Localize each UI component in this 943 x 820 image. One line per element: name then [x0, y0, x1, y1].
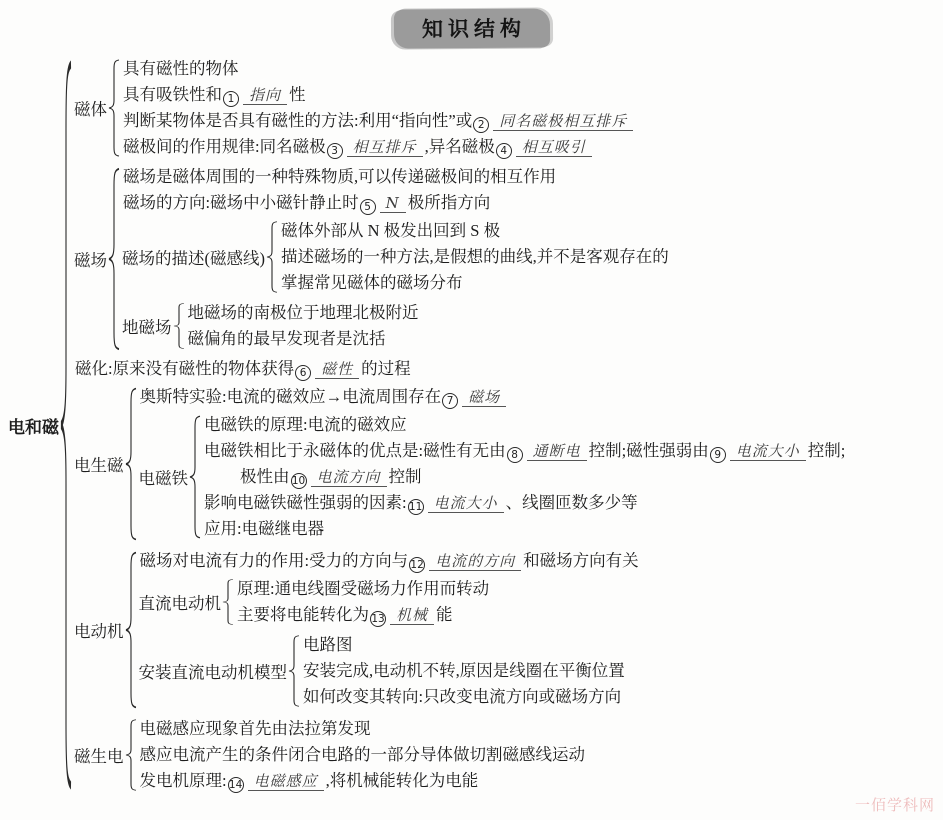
node-root: 电和磁 磁体 具有磁性的物体 具有吸铁性和1指向性 判断某物体是否具有磁性的方法…: [6, 54, 845, 796]
line-text: 的过程: [361, 359, 411, 378]
tree-line: 描述磁场的一种方法,是假想的曲线,并不是客观存在的: [278, 244, 669, 270]
line-text: 如何改变其转向:只改变电流方向或磁场方向: [303, 687, 621, 706]
line-text: 具有磁性的物体: [123, 59, 239, 78]
line-text: 磁体外部从 N 极发出回到 S 极: [281, 221, 500, 240]
electromagnet-brace-icon: [189, 415, 201, 539]
line-text: 奥斯特实验:电流的磁效应→电流周围存在: [140, 387, 442, 406]
circled-number: 1: [223, 91, 239, 107]
circled-number: 12: [409, 557, 425, 573]
line-text: 磁场的方向:磁场中小磁针静止时: [123, 193, 359, 212]
tree-line: 主要将电能转化为13机械能: [234, 602, 489, 628]
tree-line: 应用:电磁继电器: [201, 516, 845, 542]
assemble-dc-motor-model-label: 安装直流电动机模型: [137, 632, 289, 710]
line-text: 控制;: [808, 441, 846, 460]
geomagnetic-field-brace-icon: [173, 303, 185, 349]
line-text: 安装完成,电动机不转,原因是线圈在平衡位置: [303, 661, 625, 680]
circled-number: 2: [473, 117, 489, 133]
node-dc-motor: 直流电动机 原理:通电线圈受磁场力作用而转动 主要将电能转化为13机械能: [137, 576, 639, 628]
tree-line: 磁偏角的最早发现者是沈括: [185, 326, 419, 352]
line-text: 地磁场的南极位于地理北极附近: [188, 303, 419, 322]
handwritten-answer: 相互吸引: [516, 138, 592, 157]
tree-line: 电磁铁相比于永磁体的优点是:磁性有无由8通断电控制;磁性强弱由9电流大小控制;: [201, 438, 845, 464]
node-electricity-generates-magnetism: 电生磁 奥斯特实验:电流的磁效应→电流周围存在7磁场 电磁铁 电磁铁的原: [72, 384, 845, 544]
dc-motor-brace-icon: [222, 579, 234, 625]
tree-line: 如何改变其转向:只改变电流方向或磁场方向: [300, 684, 625, 710]
tree-line: 电路图: [300, 632, 625, 658]
line-text: 控制: [389, 467, 422, 486]
line-text: 磁化:原来没有磁性的物体获得: [75, 359, 294, 378]
tree-line: 发电机原理:14电磁感应,将机械能转化为电能: [137, 768, 586, 794]
circled-number: 13: [370, 611, 386, 627]
dc-motor-label: 直流电动机: [137, 576, 223, 628]
magnet-brace-icon: [108, 59, 120, 157]
line-text: 电路图: [303, 635, 353, 654]
root-label: 电和磁: [6, 54, 60, 796]
circled-number: 5: [360, 199, 376, 215]
line-text: 发电机原理:: [140, 771, 227, 790]
tree-line: 磁极间的作用规律:同名磁极3相互排斥,异名磁极4相互吸引: [120, 134, 635, 160]
circled-number: 14: [228, 777, 244, 793]
node-electromagnet: 电磁铁 电磁铁的原理:电流的磁效应 电磁铁相比于永磁体的优点是:磁性有无由8通断…: [137, 412, 846, 542]
handwritten-answer: 电磁感应: [248, 772, 324, 791]
field-brace-icon: [108, 167, 120, 351]
electromagnet-label: 电磁铁: [137, 412, 190, 542]
line-text: 电磁铁相比于永磁体的优点是:磁性有无由: [204, 441, 506, 460]
tree-line: 地磁场的南极位于地理北极附近: [185, 300, 419, 326]
node-geomagnetic-field: 地磁场 地磁场的南极位于地理北极附近 磁偏角的最早发现者是沈括: [120, 300, 669, 352]
electricity-generates-magnetism-brace-icon: [125, 387, 137, 541]
line-text: 应用:电磁继电器: [204, 519, 324, 538]
magnetism-generates-electricity-brace-icon: [125, 719, 137, 791]
node-magnet: 磁体 具有磁性的物体 具有吸铁性和1指向性 判断某物体是否具有磁性的方法:利用“…: [72, 56, 845, 160]
line-text: 磁场对电流有力的作用:受力的方向与: [140, 551, 409, 570]
line-text: 原理:通电线圈受磁场力作用而转动: [237, 579, 489, 598]
line-text: 影响电磁铁磁性强弱的因素:: [204, 493, 407, 512]
knowledge-tree: 电和磁 磁体 具有磁性的物体 具有吸铁性和1指向性 判断某物体是否具有磁性的方法…: [6, 52, 845, 798]
tree-line: 电磁感应现象首先由法拉第发现: [137, 716, 586, 742]
line-text: 具有吸铁性和: [123, 85, 222, 104]
handwritten-answer: 相互排斥: [347, 138, 423, 157]
line-text: 性: [289, 85, 306, 104]
line-text: 极所指方向: [408, 193, 491, 212]
line-text: 感应电流产生的条件闭合电路的一部分导体做切割磁感线运动: [140, 745, 586, 764]
circled-number: 6: [295, 365, 311, 381]
assemble-dc-motor-model-brace-icon: [288, 635, 300, 707]
circled-number: 7: [442, 393, 458, 409]
circled-number: 11: [408, 499, 424, 515]
handwritten-answer: 通断电: [527, 442, 587, 461]
tree-line: 原理:通电线圈受磁场力作用而转动: [234, 576, 489, 602]
line-text: 能: [436, 605, 453, 624]
handwritten-answer: 磁场: [462, 388, 506, 407]
magnetism-generates-electricity-label: 磁生电: [72, 716, 125, 794]
line-text: 主要将电能转化为: [237, 605, 369, 624]
line-text: ,将机械能转化为电能: [326, 771, 479, 790]
tree-line: 判断某物体是否具有磁性的方法:利用“指向性”或2同名磁极相互排斥: [120, 108, 635, 134]
handwritten-answer: 电流的方向: [429, 552, 521, 571]
line-text: 描述磁场的一种方法,是假想的曲线,并不是客观存在的: [281, 247, 669, 266]
handwritten-answer: 电流大小: [428, 494, 504, 513]
tree-line: 磁体外部从 N 极发出回到 S 极: [278, 218, 669, 244]
electricity-generates-magnetism-label: 电生磁: [72, 384, 125, 544]
line-text: 掌握常见磁体的磁场分布: [281, 273, 463, 292]
line-text: 和磁场方向有关: [523, 551, 639, 570]
electric-motor-label: 电动机: [72, 548, 125, 712]
handwritten-answer: N: [380, 194, 406, 213]
tree-line: 磁场对电流有力的作用:受力的方向与12电流的方向和磁场方向有关: [137, 548, 639, 574]
field-description-brace-icon: [266, 221, 278, 293]
tree-line: 感应电流产生的条件闭合电路的一部分导体做切割磁感线运动: [137, 742, 586, 768]
line-text: ,异名磁极: [425, 137, 495, 156]
tree-line: 具有吸铁性和1指向性: [120, 82, 635, 108]
electric-motor-brace-icon: [125, 551, 137, 709]
tree-line: 极性由10电流方向控制: [201, 464, 845, 490]
handwritten-answer: 磁性: [315, 360, 359, 379]
node-magnetism-generates-electricity: 磁生电 电磁感应现象首先由法拉第发现 感应电流产生的条件闭合电路的一部分导体做切…: [72, 716, 845, 794]
magnet-label: 磁体: [72, 56, 108, 160]
tree-line: 安装完成,电动机不转,原因是线圈在平衡位置: [300, 658, 625, 684]
circled-number: 10: [291, 473, 307, 489]
magnetization-line: 磁化:原来没有磁性的物体获得6磁性的过程: [72, 356, 845, 382]
node-field-description: 磁场的描述(磁感线) 磁体外部从 N 极发出回到 S 极 描述磁场的一种方法,是…: [120, 218, 669, 296]
node-assemble-dc-motor-model: 安装直流电动机模型 电路图 安装完成,电动机不转,原因是线圈在平衡位置 如何改变…: [137, 632, 639, 710]
root-brace-icon: [60, 57, 72, 793]
tree-line: 磁场是磁体周围的一种特殊物质,可以传递磁极间的相互作用: [120, 164, 669, 190]
field-label: 磁场: [72, 164, 108, 354]
handwritten-answer: 指向: [243, 86, 287, 105]
line-text: 磁场是磁体周围的一种特殊物质,可以传递磁极间的相互作用: [123, 167, 556, 186]
line-text: 判断某物体是否具有磁性的方法:利用“指向性”或: [123, 111, 472, 130]
watermark: 一佰学科网: [855, 794, 935, 815]
page-title: 知识结构: [393, 8, 549, 48]
tree-line: 掌握常见磁体的磁场分布: [278, 270, 669, 296]
circled-number: 3: [327, 143, 343, 159]
circled-number: 9: [710, 447, 726, 463]
line-text: 磁偏角的最早发现者是沈括: [188, 329, 386, 348]
line-text: 控制;磁性强弱由: [589, 441, 709, 460]
line-text: 、线圈匝数多少等: [506, 493, 638, 512]
circled-number: 8: [507, 447, 523, 463]
line-text: 极性由: [240, 467, 290, 486]
handwritten-answer: 同名磁极相互排斥: [493, 112, 633, 131]
tree-line: 磁场的方向:磁场中小磁针静止时5N极所指方向: [120, 190, 669, 216]
handwritten-answer: 电流大小: [730, 442, 806, 461]
field-description-label: 磁场的描述(磁感线): [120, 218, 266, 296]
line-text: 电磁感应现象首先由法拉第发现: [140, 719, 371, 738]
circled-number: 4: [496, 143, 512, 159]
handwritten-answer: 电流方向: [311, 468, 387, 487]
handwritten-answer: 机械: [390, 606, 434, 625]
root-children: 磁体 具有磁性的物体 具有吸铁性和1指向性 判断某物体是否具有磁性的方法:利用“…: [72, 54, 845, 796]
line-text: 电磁铁的原理:电流的磁效应: [204, 415, 407, 434]
node-electric-motor: 电动机 磁场对电流有力的作用:受力的方向与12电流的方向和磁场方向有关 直流电动…: [72, 548, 845, 712]
tree-line: 影响电磁铁磁性强弱的因素:11电流大小、线圈匝数多少等: [201, 490, 845, 516]
geomagnetic-field-label: 地磁场: [120, 300, 173, 352]
tree-line: 奥斯特实验:电流的磁效应→电流周围存在7磁场: [137, 384, 846, 410]
node-field: 磁场 磁场是磁体周围的一种特殊物质,可以传递磁极间的相互作用 磁场的方向:磁场中…: [72, 164, 845, 354]
page: 知识结构 电和磁 磁体 具有磁性的物体 具有吸铁性和1指向性 判断某物体是否具有…: [0, 0, 943, 820]
tree-line: 具有磁性的物体: [120, 56, 635, 82]
line-text: 磁极间的作用规律:同名磁极: [123, 137, 326, 156]
tree-line: 电磁铁的原理:电流的磁效应: [201, 412, 845, 438]
